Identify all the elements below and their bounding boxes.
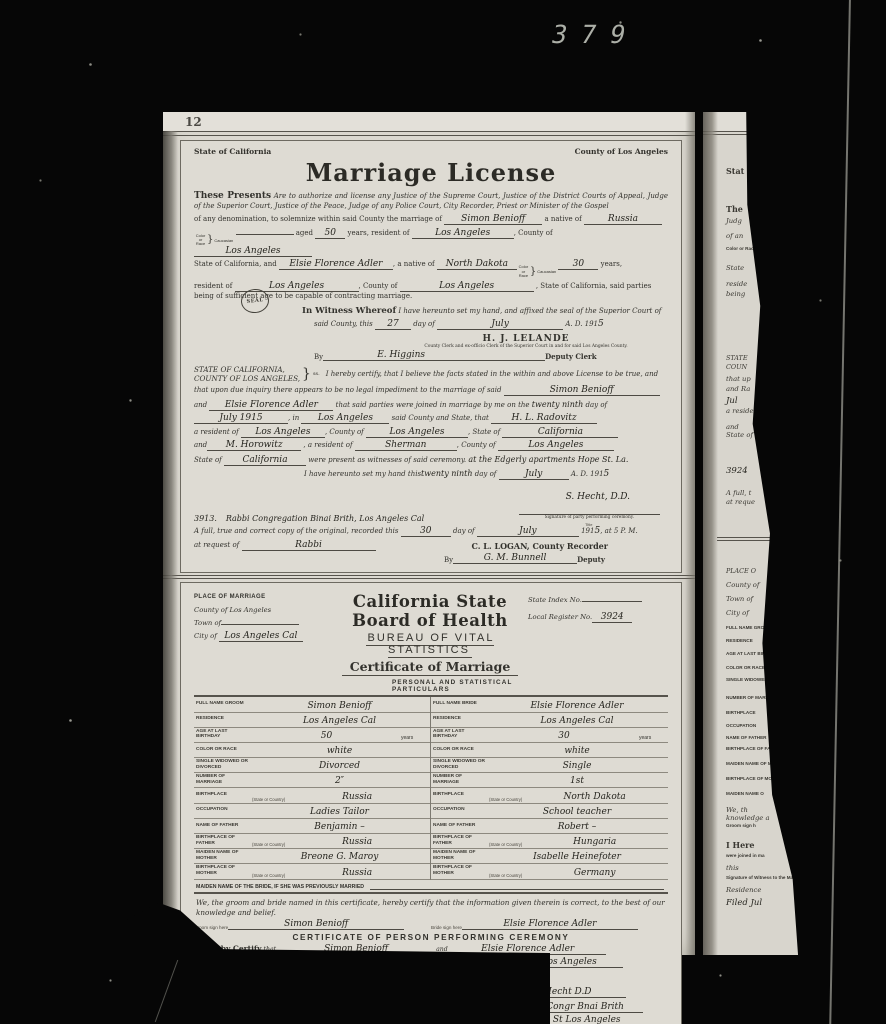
torn-page-black-area [703,112,811,955]
county-recorder-name: C. L. LOGAN, County Recorder [471,541,608,551]
color-or-race-brace: Color or Race}Caucasian [194,234,233,247]
edge-fragment: PLACE O [726,567,756,575]
edge-fragment: I Here [726,840,754,850]
edge-fragment: RESIDENCE [726,638,753,643]
printed-text: 191 [581,527,594,535]
state-index-line: State Index No. [528,592,668,609]
printed-text: and [194,401,207,409]
field-label: OCCUPATION [196,807,252,813]
groom-column: FULL NAME GROOMSimon BenioffRESIDENCELos… [194,697,431,879]
field-sublabel: (State or Country) [252,873,285,878]
record-field-row: SINGLE WIDOWED OR DIVORCEDDivorced [194,758,430,773]
record-field-row: AGE AT LAST BIRTHDAY30years [431,728,668,743]
bride-signature: Elsie Florence Adler [462,920,638,930]
witnesses-present-line: State of California were present as witn… [194,455,668,466]
field-value: Los Angeles Cal [489,716,665,726]
maiden-name-label: MAIDEN NAME OF THE BRIDE, IF SHE WAS PRE… [196,884,364,890]
brace-glyph: } [530,267,536,277]
printed-text: were present as witnesses of said ceremo… [308,456,466,464]
field-value: Russia [287,837,427,847]
certificate-title-text: Certificate of Marriage [342,659,519,676]
field-label: BIRTHPLACE OF MOTHER [196,865,252,877]
witness1-state: California [502,428,618,438]
edge-fragment: NAME OF FATHER [726,735,767,740]
field-label: FULL NAME GROOM [196,701,252,707]
city-value: Los Angeles Cal [219,632,303,642]
field-label: NAME OF FATHER [196,823,252,829]
bureau-title: BUREAU OF VITAL STATISTICS [332,632,528,656]
marriage-of-line: of any denomination, to solemnize within… [194,215,668,225]
brace-glyph: } [207,235,213,245]
field-sublabel: (State or Country) [489,797,522,802]
witness-date-line: said County, this 27 day of July A. D. 1… [314,319,668,330]
field-label: RESIDENCE [196,716,252,722]
printed-text: By [314,353,323,361]
certify-body: I hereby certify, that I believe the fac… [326,369,658,380]
adjacent-page-edge: StatTheJudgof anColor or RaceStatereside… [703,112,811,955]
edge-fragment: COUN [726,363,747,371]
page-corner-strip: 12 [163,112,695,131]
ceremony-heading: CERTIFICATE OF PERSON PERFORMING CEREMON… [194,933,668,942]
field-value: Ladies Tailor [252,807,427,817]
groom-residence: Los Angeles [412,229,514,239]
license-day: 27 [375,320,411,330]
bride-detail-line: State of California, and Elsie Florence … [194,260,668,278]
printed-text: resident of [194,282,232,290]
field-value: Germany [524,868,665,878]
record-field-row: NAME OF FATHERRobert – [431,819,668,834]
record-field-row: NAME OF FATHERBenjamin – [194,819,430,834]
recorded-year-digit: 5 [594,526,600,536]
certification-block: STATE OF CALIFORNIA, COUNTY OF LOS ANGEL… [194,365,668,383]
printed-text: A. D. 191 [565,320,598,328]
edge-fragment: knowledge a [726,814,770,822]
record-inner: State of California County of Los Angele… [180,140,682,573]
printed-text: A. D. 191 [571,470,604,478]
witness2-state: California [224,456,306,466]
edge-fragment: a reside [726,407,754,415]
field-label: BIRTHPLACE OF MOTHER [433,865,489,877]
performer-signature: S. Hecht, D.D. [536,492,660,502]
local-register-label: Local Register No. [528,613,592,621]
edge-fragment: We, th [726,806,748,814]
certify-line2: that upon due inquiry there appears to b… [194,386,668,396]
request-value: Rabbi [242,541,376,551]
printed-text: , at 5 P. M. [600,527,637,535]
witness2-name: M. Horowitz [207,441,301,451]
recorded-month: July [477,527,579,537]
certify-groom-name: Simon Benioff [504,386,660,396]
record-field-row: COLOR OR RACEwhite [194,743,430,758]
edge-fragment: Residence [726,886,761,894]
bride-native: North Dakota [437,260,517,270]
groom-detail-line: Color or Race}Caucasian aged 50 years, r… [194,229,668,257]
field-unit: years [401,735,427,741]
field-value: Elsie Florence Adler [489,701,665,711]
bride-county: Los Angeles [400,282,534,292]
bride-name: Elsie Florence Adler [279,260,393,270]
place-of-marriage-block: PLACE OF MARRIAGE County of Los Angeles … [194,592,332,693]
field-label: NAME OF FATHER [433,823,489,829]
edge-fragment: COLOR OR RACE [726,665,765,670]
field-value: Divorced [252,761,427,771]
printed-text: that said parties were joined in marriag… [336,401,530,409]
field-value: Russia [287,792,427,802]
title-microlabel: Title [585,522,592,527]
deputy-clerk-line: By E. Higgins Deputy Clerk [314,351,668,361]
field-value: 50 [252,731,401,741]
field-value: Los Angeles Cal [252,716,427,726]
certify-line3: and Elsie Florence Adler that said parti… [194,400,668,411]
witness2-city: Sherman [355,441,457,451]
witness1-city: Los Angeles [241,428,325,438]
printed-text: State of California, and [194,260,277,268]
printed-text: State of [194,456,222,464]
groom-age: 50 [315,229,345,239]
ss-label: ss. [313,371,320,377]
field-label: NUMBER OF MARRIAGE [433,774,489,786]
witness1-line: a resident of Los Angeles, County of Los… [194,428,668,438]
printed-text: of any denomination, to solemnize within… [194,215,442,223]
printed-text: I have hereunto set my hand, and affixed… [398,307,661,315]
deputy-recorder-line: By G. M. Bunnell Deputy [444,554,668,564]
field-label: FULL NAME BRIDE [433,701,489,707]
groom-county: Los Angeles [194,247,312,257]
field-value: Breone G. Maroy [252,852,427,862]
edge-fragment: and Ra [726,385,750,393]
record-field-row: COLOR OR RACEwhite [431,743,668,758]
record-field-row: BIRTHPLACE OF FATHER(State or Country)Hu… [431,834,668,849]
field-label: MAIDEN NAME OF MOTHER [433,850,489,862]
edge-fragment: Stat [726,166,744,176]
request-recorder-row: at request of Rabbi C. L. LOGAN, County … [194,541,668,551]
congregation: Rabbi Congregation Binai Brith, Los Ange… [226,514,424,523]
city-line: City of Los Angeles Cal [194,630,332,643]
edge-fragment: City of [726,609,749,617]
state-index-label: State Index No. [528,596,582,604]
cert-county: COUNTY OF LOS ANGELES, [194,374,300,383]
field-label: SINGLE WIDOWED OR DIVORCED [433,759,489,771]
printed-text: and [194,441,207,449]
field-label: BIRTHPLACE OF FATHER [433,835,489,847]
edge-fragment: Judg [726,217,742,225]
field-value: Benjamin – [252,822,427,832]
field-label: COLOR OR RACE [433,747,489,753]
field-sublabel: (State or Country) [252,797,285,802]
record-field-row: BIRTHPLACE OF MOTHER(State or Country)Ge… [431,864,668,879]
printed-text: said County and State, that [392,414,489,422]
brace-glyph: } [302,366,311,382]
town-label: Town of [194,619,221,627]
edge-fragment: BIRTHPLACE [726,710,756,715]
marriage-city: Los Angeles [301,414,389,424]
witness2-line: andM. Horowitz , a resident of Sherman, … [194,441,668,451]
section-divider [163,575,695,580]
witness1-county: Los Angeles [366,428,468,438]
field-value: 2″ [252,776,427,786]
printed-text: A full, true and correct copy of the ori… [194,527,399,535]
county-clerk-name: H. J. LELANDE [384,334,668,344]
deputy-label: Deputy [577,555,605,564]
field-label: OCCUPATION [433,807,489,813]
marriage-record-page: 12 State of California County of Los Ang… [163,112,695,955]
edge-fragment: A full, t [726,489,751,497]
town-line: Town of [194,617,332,630]
bride-column: FULL NAME BRIDEElsie Florence AdlerRESID… [431,697,668,879]
deputy-recorder-signature: G. M. Bunnell [453,554,577,564]
field-value: Russia [287,868,427,878]
record-field-row: BIRTHPLACE OF FATHER(State or Country)Ru… [194,834,430,849]
particulars-table: FULL NAME GROOMSimon BenioffRESIDENCELos… [194,695,668,879]
license-title: Marriage License [194,158,668,187]
printed-text: , State of California, said parties [536,282,651,290]
blank-fill [370,882,664,890]
edge-fragment: this [726,864,739,872]
edge-fragment: at reque [726,498,755,506]
edge-fragment: 3924 [726,466,748,476]
film-edge-line [829,0,850,1024]
record-field-row: OCCUPATIONSchool teacher [431,804,668,819]
license-month: July [437,320,563,330]
record-field-row: MAIDEN NAME OF MOTHERIsabelle Heinefoter [431,849,668,864]
page-number: 12 [185,115,202,129]
marriage-day-word: twenty ninth [532,400,583,409]
edge-fragment: Color or Race [726,246,756,251]
field-value: Simon Benioff [252,701,427,711]
field-label: AGE AT LAST BIRTHDAY [433,729,489,741]
particulars-heading: PERSONAL AND STATISTICAL PARTICULARS [392,679,528,693]
certify-line4: July 1915, in Los Angeles said County an… [194,414,668,424]
field-sublabel: (State or Country) [489,873,522,878]
local-register-value: 3924 [592,613,632,623]
clerk-block: H. J. LELANDE County Clerk and ex-offici… [384,334,668,349]
color-or-race-brace: Color or Race}Caucasian [517,265,556,278]
record-field-row: SINGLE WIDOWED OR DIVORCEDSingle [431,758,668,773]
record-field-row: NUMBER OF MARRIAGE2″ [194,773,430,788]
edge-fragment: being [726,290,745,298]
city-label: City of [194,632,217,640]
groom-name: Simon Benioff [444,215,542,225]
signature-row: Groom sign here Simon Benioff Bride sign… [194,920,668,930]
deputy-clerk-signature: E. Higgins [323,351,479,361]
race-value: Caucasian [537,269,556,274]
printed-text: County of [518,229,552,237]
performer-signature-caption: Signature of party performing ceremony. [519,514,660,520]
field-label: NUMBER OF MARRIAGE [196,774,252,786]
edge-fragment: Filed Jul [726,898,762,908]
board-title: California State Board of Health [332,592,528,630]
race-brace-label: Color or Race [517,265,530,278]
groom-native: Russia [584,215,662,225]
field-label: AGE AT LAST BIRTHDAY [196,729,252,741]
presents-heading: These Presents [194,191,271,201]
edge-fragment: that up [726,375,751,383]
hand-month: July [499,470,569,480]
groom-signature-cell: Groom sign here Simon Benioff [194,920,431,930]
blank-fill [236,234,294,235]
field-value: Robert – [489,822,665,832]
field-label: MAIDEN NAME OF MOTHER [196,850,252,862]
blank-fill [582,601,642,602]
hand-set-line: I have hereunto set my hand thistwenty n… [304,469,668,480]
local-register-line: Local Register No.3924 [528,609,668,626]
field-sublabel: (State or Country) [252,842,285,847]
field-label: BIRTHPLACE [433,792,489,798]
edge-fragment: Town of [726,595,753,603]
edge-fragment: County of [726,581,759,589]
printed-text: that upon due inquiry there appears to b… [194,386,501,394]
record-field-row: BIRTHPLACE OF MOTHER(State or Country)Ru… [194,864,430,879]
field-value: 1st [489,776,665,786]
field-value: Isabelle Heinefoter [489,852,665,862]
field-label: RESIDENCE [433,716,489,722]
printed-text: day of [475,470,497,478]
printed-text: at request of [194,541,239,549]
field-unit: years [639,735,665,741]
record-field-row: OCCUPATIONLadies Tailor [194,804,430,819]
groom-signature: Simon Benioff [228,920,404,930]
bride-signature-cell: Bride sign here Elsie Florence Adler [431,920,668,930]
printed-text: I have hereunto set my hand this [304,470,421,478]
certificate-title: Certificate of Marriage [332,659,528,674]
field-value: white [252,746,427,756]
marriage-license-section: State of California County of Los Angele… [194,147,668,564]
printed-text: County of [329,428,363,436]
printed-text: a native of [397,260,434,268]
frame-number: 379 [549,20,642,49]
field-value: North Dakota [524,792,665,802]
recorded-day: 30 [401,527,451,537]
printed-text: By [444,556,453,564]
marriage-month-year: July 1915 [194,414,288,424]
race-value: Caucasian [214,238,233,243]
field-value: 30 [489,731,639,741]
maiden-name-line: MAIDEN NAME OF THE BRIDE, IF SHE WAS PRE… [194,880,668,894]
edge-fragment: State [726,264,744,272]
hand-year-digit: 5 [604,469,610,479]
bureau-label: BUREAU OF VITAL STATISTICS [366,632,495,658]
printed-text: State of [472,428,500,436]
ceremony-place: at the Edgerly apartments Hope St. La. [468,455,628,464]
county-clerk-caption: County Clerk and ex-officio Clerk of the… [384,344,668,349]
field-label: BIRTHPLACE [196,792,252,798]
edge-fragment: were joined in ma [726,853,765,858]
certify-bride-name: Elsie Florence Adler [209,401,333,411]
record-field-row: AGE AT LAST BIRTHDAY50years [194,728,430,743]
edge-fragment: State of [726,431,753,439]
race-brace-label: Color or Race [194,234,207,247]
printed-text: a resident of [194,428,239,436]
certificate-header: PLACE OF MARRIAGE County of Los Angeles … [194,592,668,693]
edge-fragment: The [726,204,743,214]
top-rule [163,131,695,136]
blank-fill [479,360,545,361]
request-line: at request of Rabbi [194,541,376,551]
county-header: County of Los Angeles [575,147,668,156]
printed-text: aged [296,229,313,237]
edge-fragment: Jul [726,396,738,406]
field-value: School teacher [489,807,665,817]
state-header: State of California [194,147,271,156]
edge-fragment: MAIDEN NAME O [726,791,764,796]
deputy-clerk-label: Deputy Clerk [545,352,596,361]
edge-fragment: reside [726,280,747,288]
record-number: 3913. [194,514,217,523]
record-field-row: BIRTHPLACE(State or Country)North Dakota [431,788,668,803]
record-field-row: RESIDENCELos Angeles Cal [431,713,668,728]
edge-fragment: and [726,423,739,431]
printed-text: years, [601,260,622,268]
seal-label: SEAL [246,297,263,305]
record-field-row: MAIDEN NAME OF MOTHERBreone G. Maroy [194,849,430,864]
printed-text: County of [461,441,495,449]
blank-fill [221,624,299,625]
record-field-row: FULL NAME GROOMSimon Benioff [194,697,430,712]
microfilm-scan: 379 12 State of California County of Los… [0,0,886,1024]
edge-fragment: Groom sign h [726,823,756,828]
record-field-row: FULL NAME BRIDEElsie Florence Adler [431,697,668,712]
recorded-copy-line: A full, true and correct copy of the ori… [194,526,668,537]
field-label: SINGLE WIDOWED OR DIVORCED [196,759,252,771]
presents-paragraph: These Presents Are to authorize and lice… [194,191,668,212]
printed-text: day of [585,401,607,409]
film-speckles [0,0,1,1]
field-value: white [489,746,665,756]
field-label: COLOR OR RACE [196,747,252,753]
certificate-titles: California State Board of Health BUREAU … [332,592,528,693]
hand-day-word: twenty ninth [421,469,472,478]
cert-state: STATE OF CALIFORNIA, [194,365,300,374]
printed-text: , a resident of [303,441,352,449]
witness-heading: In Witness Whereof [302,306,396,316]
witness1-name: H. L. Radovitz [491,414,597,424]
printed-text: said County, this [314,320,373,328]
record-field-row: NUMBER OF MARRIAGE1st [431,773,668,788]
printed-text: day of [413,320,435,328]
printed-text: County of [363,282,397,290]
field-sublabel: (State or Country) [489,842,522,847]
register-block: State Index No. Local Register No.3924 [528,592,668,693]
place-heading: PLACE OF MARRIAGE [194,592,332,603]
edge-fragment: of an [726,232,743,240]
printed-text: , in [288,414,299,422]
printed-text: day of [453,527,475,535]
attestation-text: We, the groom and bride named in this ce… [196,898,666,918]
field-label: BIRTHPLACE OF FATHER [196,835,252,847]
printed-text: years, resident of [348,229,410,237]
license-year-digit: 5 [598,319,604,329]
field-value: Single [489,761,665,771]
bride-age: 30 [558,260,598,270]
witness2-county: Los Angeles [498,441,614,451]
bride-sign-label: Bride sign here [431,925,462,930]
county-line: County of Los Angeles [194,604,332,617]
printed-text: a native of [544,215,581,223]
record-field-row: RESIDENCELos Angeles Cal [194,713,430,728]
printed-text: being of sufficient age to be capable of… [194,292,412,300]
record-field-row: BIRTHPLACE(State or Country)Russia [194,788,430,803]
edge-fragment: STATE [726,354,747,362]
field-value: Hungaria [524,837,665,847]
edge-fragment: OCCUPATION [726,723,756,728]
